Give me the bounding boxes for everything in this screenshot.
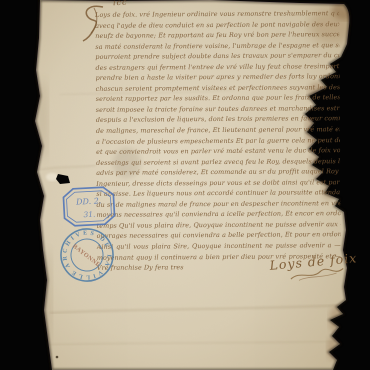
- docket-mark: icc: [113, 0, 128, 7]
- registry-stamp-shelfmark: DD. 2.: [75, 196, 102, 206]
- archive-stamp: ARCHIVES DE LA VILLE BAYONNE: [57, 225, 117, 285]
- photograph-of-manuscript: icc Loys de foix. vré Ingenieur ordinair…: [0, 0, 370, 370]
- registry-stamp-outer-border: [63, 187, 115, 227]
- manuscript-text: Loys de foix. vré Ingenieur ordinaire vo…: [95, 8, 341, 273]
- registry-stamp: DD. 2. 31.: [60, 185, 118, 230]
- hole-flap-highlight: [46, 173, 58, 181]
- archive-stamp-city-name: BAYONNE: [71, 243, 101, 269]
- registry-stamp-number: 31.: [83, 210, 95, 220]
- speck: [56, 356, 59, 359]
